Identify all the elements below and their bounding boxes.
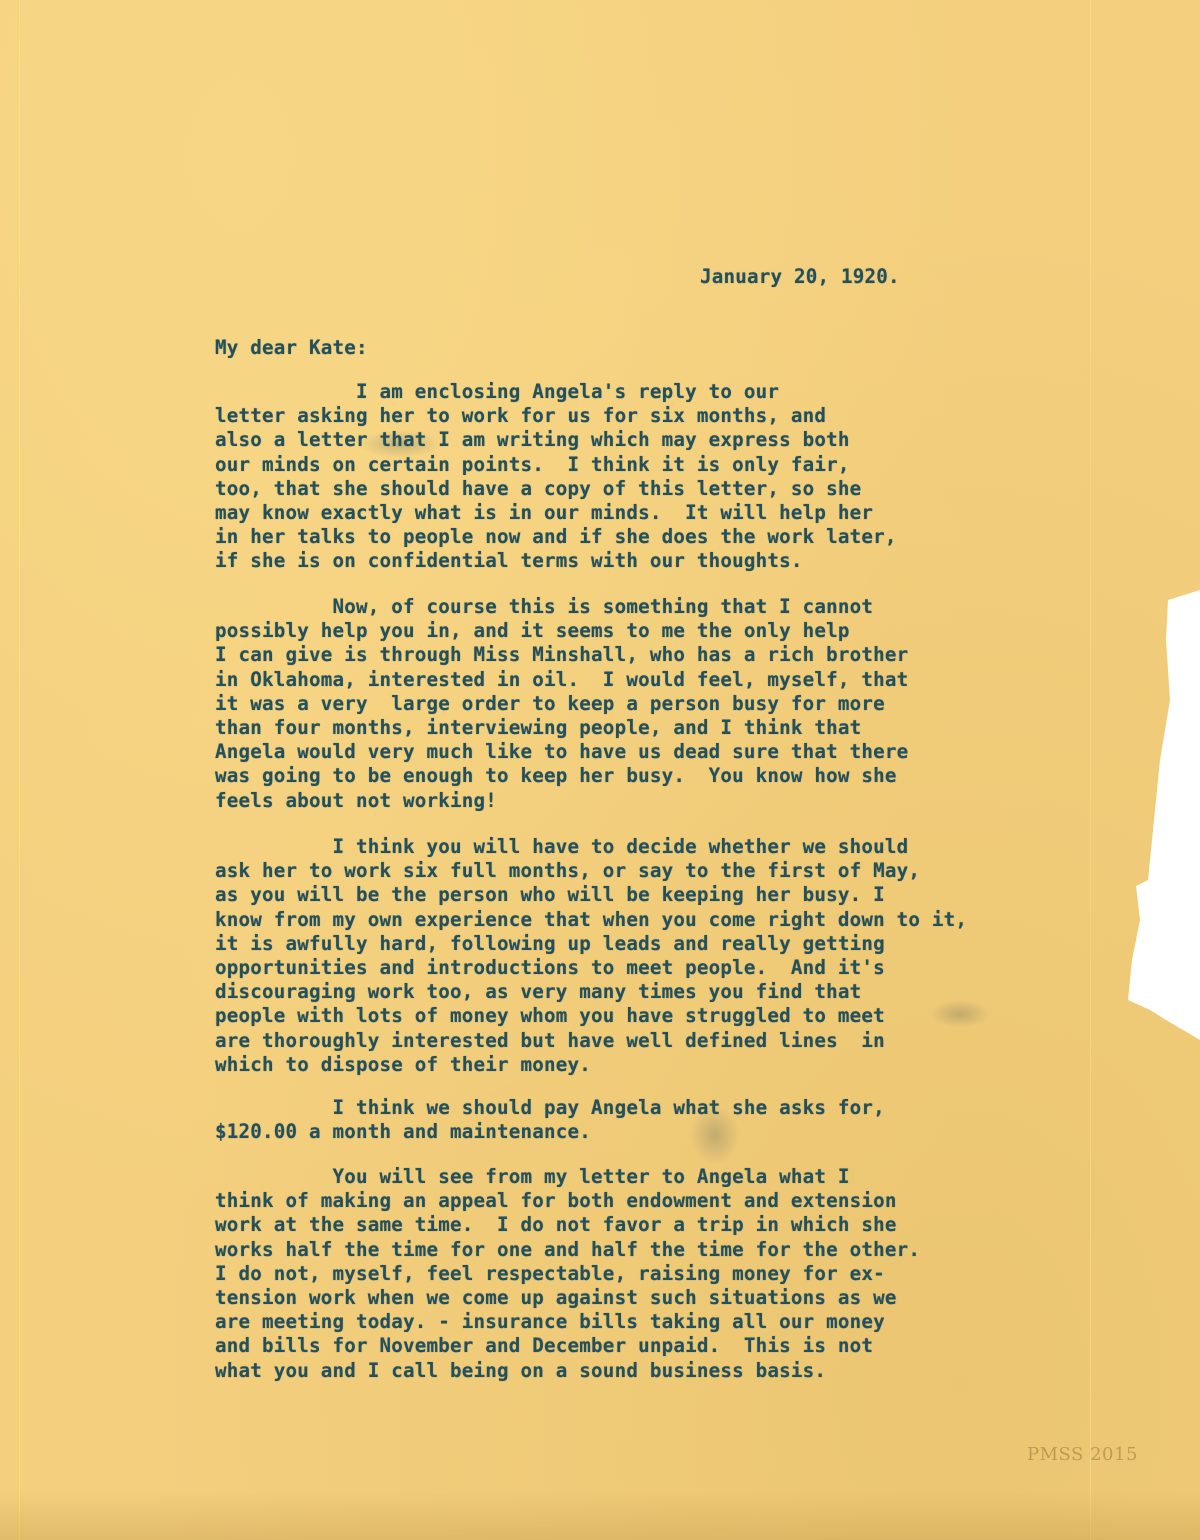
text-line: in Oklahoma, interested in oil. I would …: [215, 668, 908, 692]
text-line: work at the same time. I do not favor a …: [215, 1213, 920, 1237]
paper-margin-line: [19, 0, 20, 1540]
letter-date: January 20, 1920.: [700, 265, 900, 288]
text-line: I am enclosing Angela's reply to our: [215, 380, 897, 404]
text-line: tension work when we come up against suc…: [215, 1286, 920, 1310]
letter-paragraph-2: Now, of course this is something that I …: [215, 595, 908, 813]
text-line: what you and I call being on a sound bus…: [215, 1359, 920, 1383]
text-line: are meeting today. - insurance bills tak…: [215, 1310, 920, 1334]
text-line: discouraging work too, as very many time…: [215, 980, 967, 1004]
text-line: it is awfully hard, following up leads a…: [215, 932, 967, 956]
text-line: as you will be the person who will be ke…: [215, 883, 967, 907]
text-line: Angela would very much like to have us d…: [215, 740, 908, 764]
text-line: are thoroughly interested but have well …: [215, 1029, 967, 1053]
text-line: You will see from my letter to Angela wh…: [215, 1165, 920, 1189]
text-line: also a letter that I am writing which ma…: [215, 428, 897, 452]
text-line: ask her to work six full months, or say …: [215, 859, 967, 883]
text-line: I do not, myself, feel respectable, rais…: [215, 1262, 920, 1286]
archive-watermark: PMSS 2015: [1027, 1444, 1138, 1465]
text-line: opportunities and introductions to meet …: [215, 956, 967, 980]
text-line: Now, of course this is something that I …: [215, 595, 908, 619]
text-line: I can give is through Miss Minshall, who…: [215, 643, 908, 667]
text-line: letter asking her to work for us for six…: [215, 404, 897, 428]
paper-bottom-shadow: [0, 1490, 1200, 1540]
text-line: and bills for November and December unpa…: [215, 1334, 920, 1358]
text-line: feels about not working!: [215, 789, 908, 813]
text-line: may know exactly what is in our minds. I…: [215, 501, 897, 525]
paper-fold-line: [1090, 0, 1091, 1540]
letter-salutation: My dear Kate:: [215, 336, 368, 359]
text-line: which to dispose of their money.: [215, 1053, 967, 1077]
text-line: $120.00 a month and maintenance.: [215, 1120, 885, 1144]
text-line: think of making an appeal for both endow…: [215, 1189, 920, 1213]
text-line: people with lots of money whom you have …: [215, 1004, 967, 1028]
text-line: too, that she should have a copy of this…: [215, 477, 897, 501]
text-line: if she is on confidential terms with our…: [215, 549, 897, 573]
text-line: possibly help you in, and it seems to me…: [215, 619, 908, 643]
text-line: know from my own experience that when yo…: [215, 908, 967, 932]
text-line: I think you will have to decide whether …: [215, 835, 967, 859]
text-line: I think we should pay Angela what she as…: [215, 1096, 885, 1120]
text-line: it was a very large order to keep a pers…: [215, 692, 908, 716]
text-line: in her talks to people now and if she do…: [215, 525, 897, 549]
letter-paragraph-4: I think we should pay Angela what she as…: [215, 1096, 885, 1144]
text-line: our minds on certain points. I think it …: [215, 453, 897, 477]
letter-paragraph-1: I am enclosing Angela's reply to our let…: [215, 380, 897, 574]
text-line: works half the time for one and half the…: [215, 1238, 920, 1262]
letter-paragraph-3: I think you will have to decide whether …: [215, 835, 967, 1077]
letter-paragraph-5: You will see from my letter to Angela wh…: [215, 1165, 920, 1383]
text-line: than four months, interviewing people, a…: [215, 716, 908, 740]
text-line: was going to be enough to keep her busy.…: [215, 764, 908, 788]
